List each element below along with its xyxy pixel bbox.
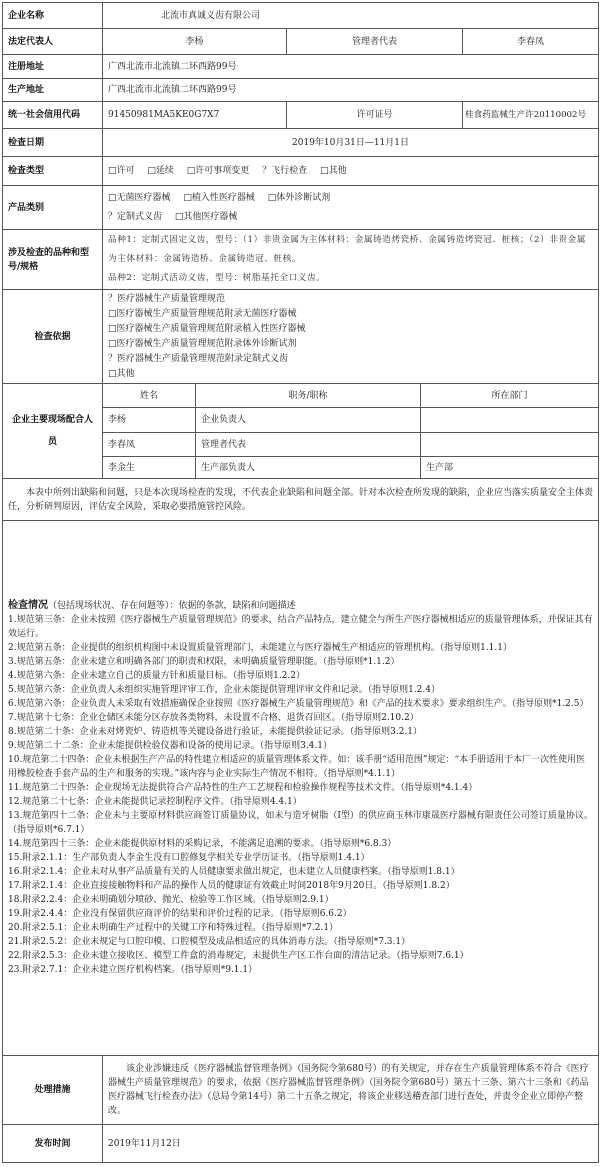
company-name-value: 北流市真诚义齿有限公司	[103, 3, 599, 29]
varieties-label: 涉及检查的品种和型号/规格	[3, 230, 103, 290]
row-inspection-date: 检查日期 2019年10月31日—11月1日	[3, 129, 599, 157]
personnel-dept	[421, 433, 599, 457]
row-company-name: 企业名称 北流市真诚义齿有限公司	[3, 3, 599, 29]
finding-item: 8.规范第二十条：企业未对烤瓷炉、铸造机等关键设备进行验证，未能提供验证记录。（…	[8, 725, 593, 739]
credit-code-label: 统一社会信用代码	[3, 102, 103, 129]
publish-label: 发布时间	[3, 1125, 103, 1163]
inspection-date-label: 检查日期	[3, 129, 103, 157]
finding-item: 13.规范第四十二条：企业未与主要原材料供应商签订质量协议，如未与造牙树脂（I型…	[8, 809, 593, 837]
basis-option-sterile[interactable]: □医疗器械生产质量管理规范附录无菌医疗器械	[108, 307, 593, 322]
reg-address-value: 广西北流市北流镇二环西路99号	[103, 55, 599, 79]
credit-code-value: 91450981MA5KE0G7X7	[103, 102, 287, 129]
finding-item: 6.规范第六条：企业负责人未采取有效措施确保企业按照《医疗器械生产质量管理规范》…	[8, 697, 593, 711]
basis-label: 检查依据	[3, 290, 103, 384]
row-product-category: 产品类别 □无菌医疗器械 □植入性医疗器械 □体外诊断试剂 ？定制式义齿 □其他…	[3, 186, 599, 230]
measures-label: 处理措施	[3, 1056, 103, 1125]
category-option-sterile[interactable]: □无菌医疗器械	[108, 193, 171, 203]
category-option-ivd[interactable]: □体外诊断试剂	[268, 193, 331, 203]
personnel-header-row: 企业主要现场配合人员 姓名 职务/职称 所在部门	[3, 384, 599, 408]
varieties-value: 品种1：定制式固定义齿，型号：（1）非贵金属为主体材料：金属铸造烤瓷桥、金属铸造…	[103, 230, 599, 290]
personnel-name: 李金生	[103, 457, 196, 479]
finding-item: 18.附录2.2.4：企业未明确划分喷砂、抛光、检验等工作区域。（指导原则2.9…	[8, 893, 593, 907]
finding-item: 15.附录2.1.1：生产部负责人李金生没有口腔修复学相关专业学历证书。（指导原…	[8, 851, 593, 865]
findings-heading-rest: （包括现场状况、存在问题等）：依据的条款，缺陷和问题描述	[48, 601, 296, 611]
finding-item: 14.规范第四十三条：企业未能提供原材料的采购记录，不能满足追溯的要求。（指导原…	[8, 837, 593, 851]
type-option-license[interactable]: □许可	[108, 166, 135, 176]
finding-item: 4.规范第六条：企业未建立自己的质量方针和质量目标。（指导原则1.2.2）	[8, 669, 593, 683]
row-publish: 发布时间 2019年11月12日	[3, 1125, 599, 1163]
finding-item: 17.附录2.1.4：企业直接接触物料和产品的操作人员的健康证有效截止时间201…	[8, 879, 593, 893]
finding-item: 10.规范第二十四条：企业未根据生产产品的特性建立相适应的质量管理体系文件。如：…	[8, 753, 593, 781]
findings-cell: 检查情况（包括现场状况、存在问题等）：依据的条款，缺陷和问题描述 1.规范第三条…	[3, 521, 599, 1056]
personnel-header-title: 职务/职称	[196, 384, 421, 408]
finding-item: 5.规范第六条：企业负责人未组织实施管理评审工作，企业未能提供管理评审文件和记录…	[8, 683, 593, 697]
finding-item: 21.附录2.5.2：企业未规定与口腔印模、口腔模型及成品相适应的具体消毒方法。…	[8, 935, 593, 949]
prod-address-value: 广西北流市北流镇二环西路99号	[103, 79, 599, 102]
row-varieties: 涉及检查的品种和型号/规格 品种1：定制式固定义齿，型号：（1）非贵金属为主体材…	[3, 230, 599, 290]
company-name-label: 企业名称	[3, 3, 103, 29]
finding-item: 20.附录2.5.1：企业未明确生产过程中的关键工序和特殊过程。（指导原则*7.…	[8, 921, 593, 935]
type-option-change[interactable]: □许可事项变更	[187, 166, 250, 176]
variety-2: 品种2：定制式活动义齿，型号：树脂基托全口义齿。	[108, 269, 593, 288]
mgmt-rep-label: 管理者代表	[287, 29, 463, 55]
finding-item: 1.规范第三条：企业未按照《医疗器械生产质量管理规范》的要求，结合产品特点，建立…	[8, 613, 593, 641]
row-basis: 检查依据 ？医疗器械生产质量管理规范 □医疗器械生产质量管理规范附录无菌医疗器械…	[3, 290, 599, 384]
license-value: 桂食药监械生产许20110002号	[463, 102, 599, 129]
license-label: 许可证号	[287, 102, 463, 129]
personnel-dept	[421, 408, 599, 433]
type-option-flight-inspection[interactable]: ？飞行检查	[262, 166, 307, 176]
basis-option-custom-denture[interactable]: ？医疗器械生产质量管理规范附录定制式义齿	[108, 352, 593, 367]
basis-option-other[interactable]: □其他	[108, 367, 593, 382]
personnel-header-dept: 所在部门	[421, 384, 599, 408]
finding-item: 3.规范第五条：企业未建立和明确各部门的职责和权限，未明确质量管理职能。（指导原…	[8, 655, 593, 669]
type-option-other[interactable]: □其他	[320, 166, 347, 176]
personnel-title: 企业负责人	[196, 408, 421, 433]
row-reg-address: 注册地址 广西北流市北流镇二环西路99号	[3, 55, 599, 79]
finding-item: 11.规范第二十四条：企业现场无法提供符合产品特性的生产工艺规程和检验操作规程等…	[8, 781, 593, 795]
notice-text: 本表中所列出缺陷和问题，只是本次现场检查的发现，不代表企业缺陷和问题全部。针对本…	[3, 479, 599, 521]
finding-item: 12.规范第二十七条：企业未能提供记录控制程序文件。（指导原则4.4.1）	[8, 795, 593, 809]
finding-item: 22.附录2.5.3：企业未建立接收区、模型工件盒的消毒规定，未提供生产区工作台…	[8, 949, 593, 963]
row-findings: 检查情况（包括现场状况、存在问题等）：依据的条款，缺陷和问题描述 1.规范第三条…	[3, 521, 599, 1056]
variety-1: 品种1：定制式固定义齿，型号：（1）非贵金属为主体材料：金属铸造烤瓷桥、金属铸造…	[108, 231, 593, 269]
inspection-type-options: □许可 □延续 □许可事项变更 ？飞行检查 □其他	[103, 157, 599, 186]
finding-item: 19.附录2.4.4：企业没有保留供应商评价的结果和评价过程的记录。（指导原则6…	[8, 907, 593, 921]
finding-item: 7.规范第十七条：企业仓储区未能分区存放各类物料，未设置不合格、退货召回区。（指…	[8, 711, 593, 725]
personnel-name: 李春凤	[103, 433, 196, 457]
reg-address-label: 注册地址	[3, 55, 103, 79]
category-option-custom-denture[interactable]: ？定制式义齿	[108, 212, 162, 222]
measures-text: 该企业涉嫌违反《医疗器械监督管理条例》（国务院令第680号）的有关规定，并存在生…	[103, 1056, 599, 1125]
findings-heading: 检查情况（包括现场状况、存在问题等）：依据的条款，缺陷和问题描述	[8, 599, 593, 613]
category-option-implant[interactable]: □植入性医疗器械	[183, 193, 255, 203]
finding-item: 23.附录2.7.1：企业未建立医疗机构档案。（指导原则*9.1.1）	[8, 963, 593, 977]
basis-option-ivd[interactable]: □医疗器械生产质量管理规范附录体外诊断试剂	[108, 337, 593, 352]
product-category-label: 产品类别	[3, 186, 103, 230]
legal-rep-label: 法定代表人	[3, 29, 103, 55]
personnel-header-name: 姓名	[103, 384, 196, 408]
legal-rep-value: 李杨	[103, 29, 287, 55]
row-legal-rep: 法定代表人 李杨 管理者代表 李春凤	[3, 29, 599, 55]
category-option-other-device[interactable]: □其他医疗器械	[175, 212, 238, 222]
product-category-options: □无菌医疗器械 □植入性医疗器械 □体外诊断试剂 ？定制式义齿 □其他医疗器械	[103, 186, 599, 230]
row-prod-address: 生产地址 广西北流市北流镇二环西路99号	[3, 79, 599, 102]
personnel-label: 企业主要现场配合人员	[3, 384, 103, 479]
findings-heading-bold: 检查情况	[8, 600, 48, 611]
basis-option-implant[interactable]: □医疗器械生产质量管理规范附录植入性医疗器械	[108, 322, 593, 337]
finding-item: 9.规范第二十二条：企业未能提供检验仪器和设备的使用记录。（指导原则3.4.1）	[8, 739, 593, 753]
inspection-type-label: 检查类型	[3, 157, 103, 186]
basis-options: ？医疗器械生产质量管理规范 □医疗器械生产质量管理规范附录无菌医疗器械 □医疗器…	[103, 290, 599, 384]
finding-item: 2.规范第五条：企业提供的组织机构图中未设置质量管理部门，未能建立与医疗器械生产…	[8, 641, 593, 655]
row-notice: 本表中所列出缺陷和问题，只是本次现场检查的发现，不代表企业缺陷和问题全部。针对本…	[3, 479, 599, 521]
type-option-renewal[interactable]: □延续	[147, 166, 174, 176]
row-credit-code: 统一社会信用代码 91450981MA5KE0G7X7 许可证号 桂食药监械生产…	[3, 102, 599, 129]
personnel-title: 管理者代表	[196, 433, 421, 457]
personnel-title: 生产部负责人	[196, 457, 421, 479]
prod-address-label: 生产地址	[3, 79, 103, 102]
mgmt-rep-value: 李春凤	[463, 29, 599, 55]
personnel-name: 李杨	[103, 408, 196, 433]
basis-option-gmp[interactable]: ？医疗器械生产质量管理规范	[108, 292, 593, 307]
finding-item: 16.附录2.1.4：企业未对从事产品质量有关的人员健康要求做出规定，也未建立人…	[8, 865, 593, 879]
row-measures: 处理措施 该企业涉嫌违反《医疗器械监督管理条例》（国务院令第680号）的有关规定…	[3, 1056, 599, 1125]
inspection-date-value: 2019年10月31日—11月1日	[103, 129, 599, 157]
personnel-dept: 生产部	[421, 457, 599, 479]
inspection-form-table: 企业名称 北流市真诚义齿有限公司 法定代表人 李杨 管理者代表 李春凤 注册地址…	[2, 2, 599, 1163]
row-inspection-type: 检查类型 □许可 □延续 □许可事项变更 ？飞行检查 □其他	[3, 157, 599, 186]
publish-date: 2019年11月12日	[103, 1125, 599, 1163]
